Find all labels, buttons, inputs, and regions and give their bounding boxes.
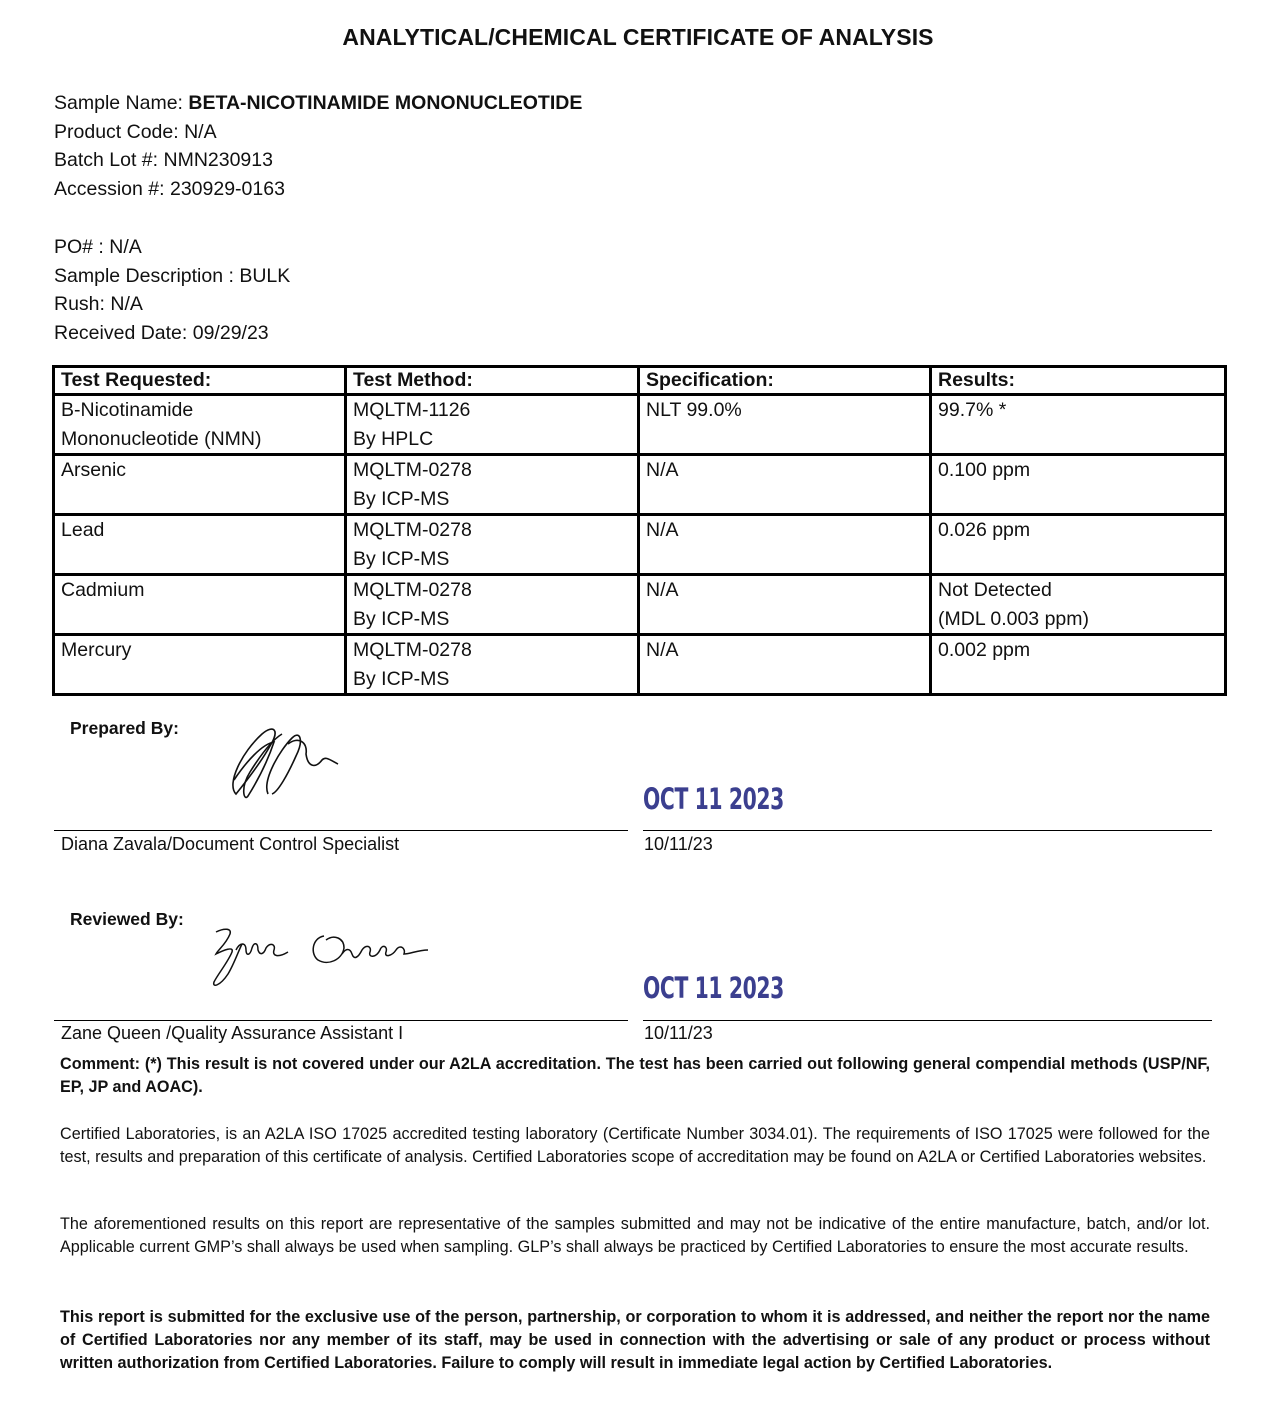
- cell-test-method-line: MQLTM-1126: [353, 396, 631, 425]
- cell-result-line: 0.002 ppm: [938, 636, 1218, 665]
- table-row: MercuryMQLTM-0278By ICP-MSN/A0.002 ppm: [54, 635, 1226, 695]
- cell-specification: N/A: [639, 515, 931, 575]
- cell-test-method: MQLTM-0278By ICP-MS: [346, 575, 639, 635]
- table-header-row: Test Requested: Test Method: Specificati…: [54, 367, 1226, 395]
- rush: Rush: N/A: [54, 290, 290, 319]
- prepared-signature: [222, 722, 352, 804]
- cell-test-requested-line: Mercury: [61, 636, 338, 665]
- table-row: CadmiumMQLTM-0278By ICP-MSN/ANot Detecte…: [54, 575, 1226, 635]
- order-info: PO# : N/A Sample Description : BULK Rush…: [54, 233, 290, 348]
- cell-test-method: MQLTM-0278By ICP-MS: [346, 635, 639, 695]
- cell-specification: NLT 99.0%: [639, 395, 931, 455]
- header-specification: Specification:: [639, 367, 931, 395]
- reviewed-name-line: [54, 1020, 628, 1021]
- cell-result-line: 99.7% *: [938, 396, 1218, 425]
- sample-info: Sample Name: BETA-NICOTINAMIDE MONONUCLE…: [54, 89, 582, 204]
- exclusive-use-note: This report is submitted for the exclusi…: [60, 1306, 1210, 1375]
- cell-test-method-line: By ICP-MS: [353, 665, 631, 694]
- cell-result-line: 0.100 ppm: [938, 456, 1218, 485]
- cell-test-method-line: By ICP-MS: [353, 545, 631, 574]
- cell-test-method-line: MQLTM-0278: [353, 636, 631, 665]
- prepared-by-label: Prepared By:: [70, 718, 179, 739]
- cell-test-method-line: By HPLC: [353, 425, 631, 454]
- header-test-requested: Test Requested:: [54, 367, 346, 395]
- cell-test-requested-line: B-Nicotinamide: [61, 396, 338, 425]
- representative-note: The aforementioned results on this repor…: [60, 1213, 1210, 1259]
- cell-test-requested: Lead: [54, 515, 346, 575]
- sample-name: Sample Name: BETA-NICOTINAMIDE MONONUCLE…: [54, 89, 582, 118]
- received-date: Received Date: 09/29/23: [54, 319, 290, 348]
- reviewed-date: 10/11/23: [644, 1023, 713, 1044]
- results-table: Test Requested: Test Method: Specificati…: [52, 365, 1227, 696]
- cell-result: 99.7% *: [931, 395, 1226, 455]
- cell-test-method-line: MQLTM-0278: [353, 456, 631, 485]
- cell-test-requested: Arsenic: [54, 455, 346, 515]
- table-row: ArsenicMQLTM-0278By ICP-MSN/A0.100 ppm: [54, 455, 1226, 515]
- document-title: ANALYTICAL/CHEMICAL CERTIFICATE OF ANALY…: [0, 24, 1276, 51]
- cell-test-requested-line: Mononucleotide (NMN): [61, 425, 338, 454]
- cell-specification: N/A: [639, 575, 931, 635]
- batch-lot: Batch Lot #: NMN230913: [54, 146, 582, 175]
- cell-test-requested-line: Lead: [61, 516, 338, 545]
- reviewed-by-label: Reviewed By:: [70, 909, 184, 930]
- cell-test-requested: Cadmium: [54, 575, 346, 635]
- cell-result: 0.100 ppm: [931, 455, 1226, 515]
- cell-test-method: MQLTM-0278By ICP-MS: [346, 515, 639, 575]
- prepared-date-stamp: OCT 11 2023: [643, 782, 784, 816]
- reviewed-date-line: [643, 1020, 1212, 1021]
- cell-test-method: MQLTM-0278By ICP-MS: [346, 455, 639, 515]
- prepared-name-line: [54, 830, 628, 831]
- header-results: Results:: [931, 367, 1226, 395]
- reviewed-date-stamp: OCT 11 2023: [643, 971, 784, 1005]
- accreditation-note: Certified Laboratories, is an A2LA ISO 1…: [60, 1123, 1210, 1169]
- cell-test-method-line: By ICP-MS: [353, 605, 631, 634]
- prepared-name-title: Diana Zavala/Document Control Specialist: [61, 834, 399, 855]
- cell-result-line: (MDL 0.003 ppm): [938, 605, 1218, 634]
- po-number: PO# : N/A: [54, 233, 290, 262]
- cell-result-line: Not Detected: [938, 576, 1218, 605]
- table-row: B-NicotinamideMononucleotide (NMN)MQLTM-…: [54, 395, 1226, 455]
- accession-number: Accession #: 230929-0163: [54, 175, 582, 204]
- comment-note: Comment: (*) This result is not covered …: [60, 1053, 1210, 1099]
- table-row: LeadMQLTM-0278By ICP-MSN/A0.026 ppm: [54, 515, 1226, 575]
- cell-result: 0.026 ppm: [931, 515, 1226, 575]
- cell-result: 0.002 ppm: [931, 635, 1226, 695]
- cell-test-method-line: By ICP-MS: [353, 485, 631, 514]
- sample-name-value: BETA-NICOTINAMIDE MONONUCLEOTIDE: [188, 92, 582, 114]
- cell-test-requested: Mercury: [54, 635, 346, 695]
- cell-specification: N/A: [639, 635, 931, 695]
- prepared-date-line: [643, 830, 1212, 831]
- cell-test-method: MQLTM-1126By HPLC: [346, 395, 639, 455]
- cell-test-method-line: MQLTM-0278: [353, 516, 631, 545]
- cell-result-line: 0.026 ppm: [938, 516, 1218, 545]
- prepared-date: 10/11/23: [644, 834, 713, 855]
- reviewed-signature: [206, 920, 434, 992]
- cell-test-requested-line: Arsenic: [61, 456, 338, 485]
- sample-description: Sample Description : BULK: [54, 262, 290, 291]
- sample-name-label: Sample Name:: [54, 92, 188, 114]
- cell-specification: N/A: [639, 455, 931, 515]
- cell-result: Not Detected(MDL 0.003 ppm): [931, 575, 1226, 635]
- header-test-method: Test Method:: [346, 367, 639, 395]
- cell-test-method-line: MQLTM-0278: [353, 576, 631, 605]
- cell-test-requested: B-NicotinamideMononucleotide (NMN): [54, 395, 346, 455]
- product-code: Product Code: N/A: [54, 118, 582, 147]
- cell-test-requested-line: Cadmium: [61, 576, 338, 605]
- reviewed-name-title: Zane Queen /Quality Assurance Assistant …: [61, 1023, 403, 1044]
